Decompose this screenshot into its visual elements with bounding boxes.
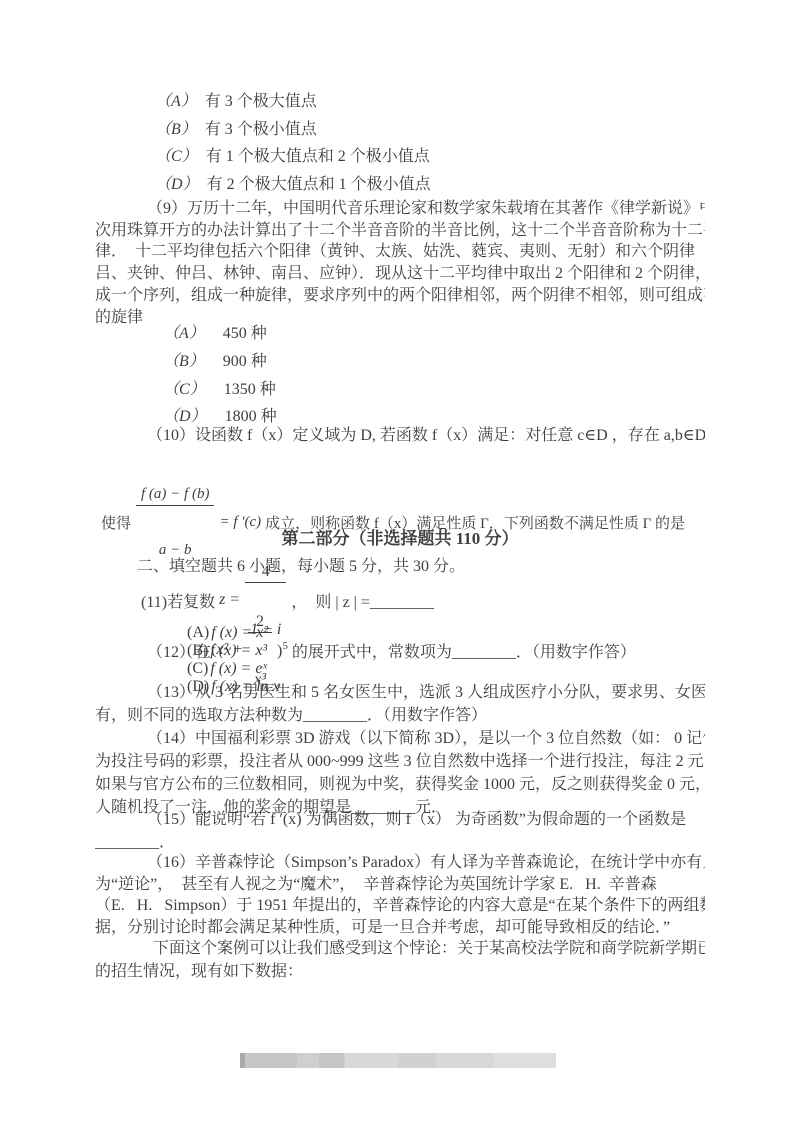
- question-9-options: （A）450 种 （B）900 种 （C）1350 种 （D）1800 种: [95, 320, 705, 431]
- paragraph-line: （15）能说明“若 f ′(x) 为偶函数，则 f（x） 为奇函数”为假命题的一…: [95, 808, 705, 831]
- option-row: （C）1350 种: [95, 376, 705, 404]
- option-label: （D）: [155, 176, 199, 193]
- option-text: 450 种: [223, 325, 267, 342]
- option-label: （D）: [163, 408, 207, 425]
- option-row: （A）有 3 个极大值点: [95, 88, 705, 116]
- paragraph-line: 下面这个案例可以让我们感受到这个悖论：关于某高校法学院和商学院新学期已完成: [95, 938, 705, 961]
- paragraph-line: 吕、夹钟、仲吕、林钟、南吕、应钟）．现从这十二平均律中取出 2 个阳律和 2 个…: [95, 263, 705, 285]
- option-label: （A）: [163, 325, 205, 342]
- paragraph-line: 成一个序列，组成一种旋律，要求序列中的两个阳律相邻，两个阴律不相邻，则可组成不同: [95, 285, 705, 307]
- question-15: （15）能说明“若 f ′(x) 为偶函数，则 f（x） 为奇函数”为假命题的一…: [95, 808, 705, 854]
- option-text: 有 3 个极小值点: [205, 121, 317, 138]
- option-text: 有 1 个极大值点和 2 个极小值点: [206, 148, 430, 165]
- paragraph-line: 如果与官方公布的三位数相同，则视为中奖，获得奖金 1000 元，反之则获得奖金 …: [95, 773, 705, 796]
- option-text: 1350 种: [224, 381, 276, 398]
- paragraph-line: 次用珠算开方的办法计算出了十二个半音音阶的半音比例，这十二个半音音阶称为十二平均: [95, 220, 705, 242]
- paragraph-line: 律． 十二平均律包括六个阳律（黄钟、太族、姑洗、蕤宾、夷则、无射）和六个阴律（大: [95, 241, 705, 263]
- question-text: (11)若复数: [141, 589, 215, 612]
- option-label: （C）: [163, 381, 206, 398]
- fraction-numerator: 2: [248, 612, 272, 633]
- option-label: （B）: [163, 353, 205, 370]
- question-text-suffix: 的展开式中，常数项为________．（用数字作答）: [288, 639, 636, 662]
- question-text-suffix: ， 则 | z | =________: [291, 589, 434, 612]
- question-14: （14）中国福利彩票 3D 游戏（以下简称 3D），是以一个 3 位自然数（如：…: [95, 727, 705, 819]
- exam-page: （A）有 3 个极大值点 （B）有 3 个极小值点 （C）有 1 个极大值点和 …: [0, 0, 793, 1122]
- paragraph-line: ________．: [95, 831, 705, 854]
- paragraph-line: （E. H. Simpson）于 1951 年提出的，辛普森悖论的内容大意是“在…: [95, 895, 705, 917]
- option-row: （B）有 3 个极小值点: [95, 116, 705, 144]
- option-text: 900 种: [223, 353, 267, 370]
- formula-lhs: z =: [219, 591, 240, 609]
- paragraph-line: 为“逆论”， 甚至有人视之为“魔术”， 辛普森悖论为英国统计学家 E. H. 辛…: [95, 874, 705, 896]
- question-9: （9）万历十二年，中国明代音乐理论家和数学家朱载堉在其著作《律学新说》中，首 次…: [95, 198, 705, 328]
- option-text: 有 2 个极大值点和 1 个极小值点: [207, 176, 431, 193]
- option-text: 1800 种: [225, 408, 277, 425]
- question-8-options: （A）有 3 个极大值点 （B）有 3 个极小值点 （C）有 1 个极大值点和 …: [95, 88, 705, 198]
- question-13: （13）从 3 名男医生和 5 名女医生中，选派 3 人组成医疗小分队，要求男、…: [95, 682, 705, 727]
- paragraph-line: 有，则不同的选取方法种数为________．（用数字作答）: [95, 705, 705, 728]
- question-text: （12）在: [147, 639, 211, 662]
- fraction-numerator: f (a) − f (b): [136, 485, 214, 506]
- paragraph-line: 的招生情况，现有如下数据：: [95, 961, 705, 984]
- closing-paragraph: 下面这个案例可以让我们感受到这个悖论：关于某高校法学院和商学院新学期已完成 的招…: [95, 938, 705, 983]
- expression-open: (x² +: [211, 641, 243, 659]
- expression-close: )5: [277, 640, 288, 660]
- option-label: （C）: [155, 148, 198, 165]
- paragraph-line: （13）从 3 名男医生和 5 名女医生中，选派 3 人组成医疗小分队，要求男、…: [95, 682, 705, 705]
- question-11: (11)若复数 z = 4 1 − i ， 则 | z | =________: [95, 578, 751, 622]
- option-row: （C）有 1 个极大值点和 2 个极小值点: [95, 143, 705, 171]
- paragraph-line: （10）设函数 f（x）定义域为 D, 若函数 f（x）满足：对任意 c∈D ，…: [95, 425, 705, 447]
- redacted-watermark-bar: [240, 1053, 556, 1068]
- paragraph-line: （14）中国福利彩票 3D 游戏（以下简称 3D），是以一个 3 位自然数（如：…: [95, 727, 705, 750]
- question-16: （16）辛普森悖论（Simpson’s Paradox）有人译为辛普森诡论，在统…: [95, 852, 705, 939]
- option-row: （B）900 种: [95, 348, 705, 376]
- option-label: （B）: [155, 121, 197, 138]
- option-row: （D）有 2 个极大值点和 1 个极小值点: [95, 171, 705, 199]
- paragraph-line: 据，分别讨论时都会满足某种性质，可是一旦合并考虑，却可能导致相反的结论．”: [95, 917, 705, 939]
- question-12: （12）在 (x² + 2 x³ )5 的展开式中，常数项为________．（…: [95, 628, 757, 672]
- section-intro: 二、填空题共 6 小题，每小题 5 分，共 30 分。: [95, 556, 747, 578]
- paragraph-line: （16）辛普森悖论（Simpson’s Paradox）有人译为辛普森诡论，在统…: [95, 852, 705, 874]
- option-row: （A）450 种: [95, 320, 705, 348]
- paragraph-line: （9）万历十二年，中国明代音乐理论家和数学家朱载堉在其著作《律学新说》中，首: [95, 198, 705, 220]
- section-title: 第二部分（非选择题共 110 分）: [95, 528, 705, 550]
- option-label: （A）: [155, 93, 197, 110]
- option-text: 有 3 个极大值点: [205, 93, 317, 110]
- x-term: x² +: [216, 641, 243, 658]
- paragraph-line: 为投注号码的彩票，投注者从 000~999 这些 3 位自然数中选择一个进行投注…: [95, 750, 705, 773]
